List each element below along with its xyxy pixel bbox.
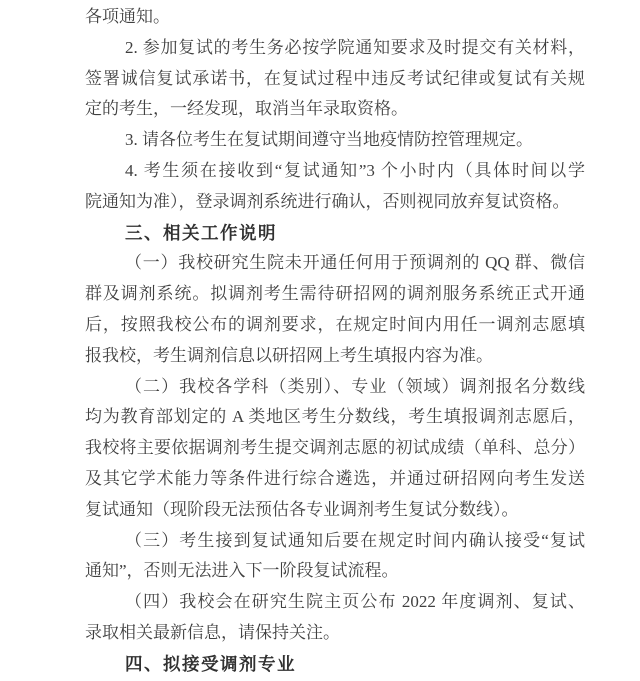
text-line: 均为教育部划定的 A 类地区考生分数线，考生填报调剂志愿后， (85, 402, 585, 433)
text-line: 各项通知。 (85, 2, 585, 33)
text-line: 3. 请各位考生在复试期间遵守当地疫情防控管理规定。 (85, 125, 585, 156)
text-line: 后，按照我校公布的调剂要求，在规定时间内用任一调剂志愿填 (85, 310, 585, 341)
text-line: 通知”，否则无法进入下一阶段复试流程。 (85, 556, 585, 587)
document-body: 各项通知。2. 参加复试的考生务必按学院通知要求及时提交有关材料，签署诚信复试承… (0, 0, 640, 680)
text-line: （二）我校各学科（类别）、专业（领域）调剂报名分数线 (85, 372, 585, 403)
text-line: （一）我校研究生院未开通任何用于预调剂的 QQ 群、微信 (85, 248, 585, 279)
text-line: 我校将主要依据调剂考生提交调剂志愿的初试成绩（单科、总分） (85, 433, 585, 464)
text-line: 录取相关最新信息，请保持关注。 (85, 618, 585, 649)
text-line: （四）我校会在研究生院主页公布 2022 年度调剂、复试、 (85, 587, 585, 618)
text-line: 2. 参加复试的考生务必按学院通知要求及时提交有关材料， (85, 33, 585, 64)
text-line: 复试通知（现阶段无法预估各专业调剂考生复试分数线）。 (85, 495, 585, 526)
text-line: （三）考生接到复试通知后要在规定时间内确认接受“复试 (85, 526, 585, 557)
text-line: 定的考生，一经发现，取消当年录取资格。 (85, 94, 585, 125)
text-line: 群及调剂系统。拟调剂考生需待研招网的调剂服务系统正式开通 (85, 279, 585, 310)
text-line: 及其它学术能力等条件进行综合遴选，并通过研招网向考生发送 (85, 464, 585, 495)
text-line: 报我校，考生调剂信息以研招网上考生填报内容为准。 (85, 341, 585, 372)
text-line: 4. 考生须在接收到“复试通知”3 个小时内（具体时间以学 (85, 156, 585, 187)
section-heading: 四、拟接受调剂专业 (85, 649, 585, 680)
section-heading: 三、相关工作说明 (85, 218, 585, 249)
document-page: 各项通知。2. 参加复试的考生务必按学院通知要求及时提交有关材料，签署诚信复试承… (0, 0, 640, 681)
text-line: 签署诚信复试承诺书，在复试过程中违反考试纪律或复试有关规 (85, 64, 585, 95)
text-line: 院通知为准），登录调剂系统进行确认，否则视同放弃复试资格。 (85, 187, 585, 218)
